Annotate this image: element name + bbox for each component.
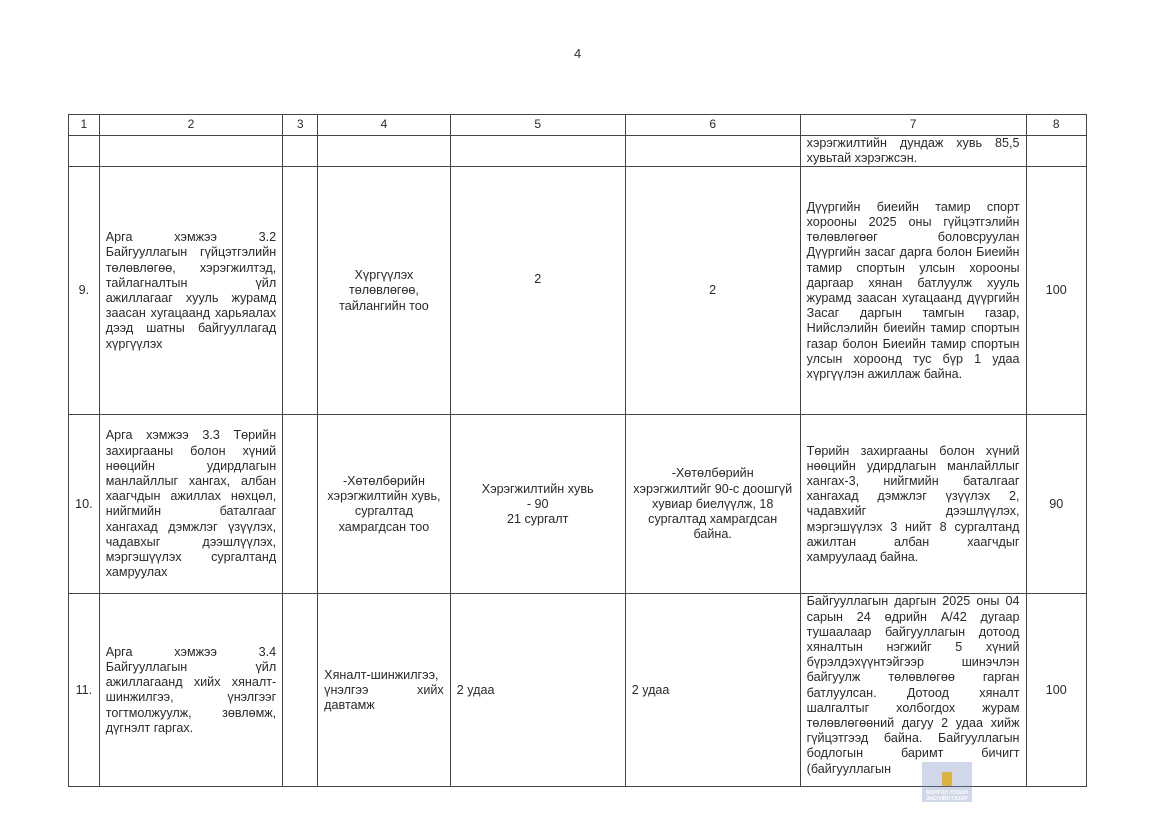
header-col-7: 7 bbox=[800, 115, 1026, 136]
cell-score: 90 bbox=[1026, 415, 1086, 594]
cell-description: Төрийн захиргааны болон хүний нөөцийн уд… bbox=[800, 415, 1026, 594]
stamp-line-2: ЗАСГИЙН ГАЗАР bbox=[926, 796, 967, 802]
cell bbox=[69, 136, 100, 167]
table-row: 9. Арга хэмжээ 3.2 Байгууллагын гүйцэтгэ… bbox=[69, 167, 1087, 415]
header-col-4: 4 bbox=[318, 115, 451, 136]
cell-col3 bbox=[283, 167, 318, 415]
cell-measure: Арга хэмжээ 3.3 Төрийн захиргааны болон … bbox=[99, 415, 282, 594]
cell-description: Байгууллагын даргын 2025 оны 04 сарын 24… bbox=[800, 594, 1026, 787]
cell-measure: Арга хэмжээ 3.4 Байгууллагын үйл ажиллаг… bbox=[99, 594, 282, 787]
cell-indicator: Хяналт-шинжилгээ, үнэлгээ хийх давтамж bbox=[318, 594, 451, 787]
header-col-8: 8 bbox=[1026, 115, 1086, 136]
cell-number: 11. bbox=[69, 594, 100, 787]
table-row: 11. Арга хэмжээ 3.4 Байгууллагын үйл ажи… bbox=[69, 594, 1087, 787]
header-row: 1 2 3 4 5 6 7 8 bbox=[69, 115, 1087, 136]
cell-result: -Хөтөлбөрийн хэрэгжилтийг 90-с доошгүй х… bbox=[625, 415, 800, 594]
cell-target: 2 удаа bbox=[450, 594, 625, 787]
cell bbox=[283, 136, 318, 167]
cell bbox=[1026, 136, 1086, 167]
header-col-3: 3 bbox=[283, 115, 318, 136]
table-row: 10. Арга хэмжээ 3.3 Төрийн захиргааны бо… bbox=[69, 415, 1087, 594]
cell-measure: Арга хэмжээ 3.2 Байгууллагын гүйцэтгэлий… bbox=[99, 167, 282, 415]
cell-score: 100 bbox=[1026, 594, 1086, 787]
cell bbox=[318, 136, 451, 167]
header-col-5: 5 bbox=[450, 115, 625, 136]
soyombo-emblem-icon bbox=[942, 772, 952, 786]
cell-target: Хэрэгжилтийн хувь - 90 21 сургалт bbox=[450, 415, 625, 594]
cell-result: 2 bbox=[625, 167, 800, 415]
header-col-6: 6 bbox=[625, 115, 800, 136]
cell-number: 9. bbox=[69, 167, 100, 415]
cell bbox=[450, 136, 625, 167]
cell-description: хэрэгжилтийн дундаж хувь 85,5 хувьтай хэ… bbox=[800, 136, 1026, 167]
cell-number: 10. bbox=[69, 415, 100, 594]
report-table: 1 2 3 4 5 6 7 8 хэрэгжилтийн дундаж хувь… bbox=[68, 114, 1087, 787]
cell-indicator: Хүргүүлэх төлөвлөгөө, тайлангийн тоо bbox=[318, 167, 451, 415]
cell-col3 bbox=[283, 594, 318, 787]
cell-result: 2 удаа bbox=[625, 594, 800, 787]
continuation-row: хэрэгжилтийн дундаж хувь 85,5 хувьтай хэ… bbox=[69, 136, 1087, 167]
page-number: 4 bbox=[574, 46, 581, 61]
header-col-2: 2 bbox=[99, 115, 282, 136]
cell-score: 100 bbox=[1026, 167, 1086, 415]
cell bbox=[99, 136, 282, 167]
header-col-1: 1 bbox=[69, 115, 100, 136]
cell-target: 2 bbox=[450, 167, 625, 415]
cell-indicator: -Хөтөлбөрийн хэрэгжилтийн хувь, сургалта… bbox=[318, 415, 451, 594]
cell-col3 bbox=[283, 415, 318, 594]
cell bbox=[625, 136, 800, 167]
government-stamp: МОНГОЛ УЛСЫН ЗАСГИЙН ГАЗАР bbox=[922, 762, 972, 802]
cell-description: Дүүргийн биеийн тамир спорт хорооны 2025… bbox=[800, 167, 1026, 415]
